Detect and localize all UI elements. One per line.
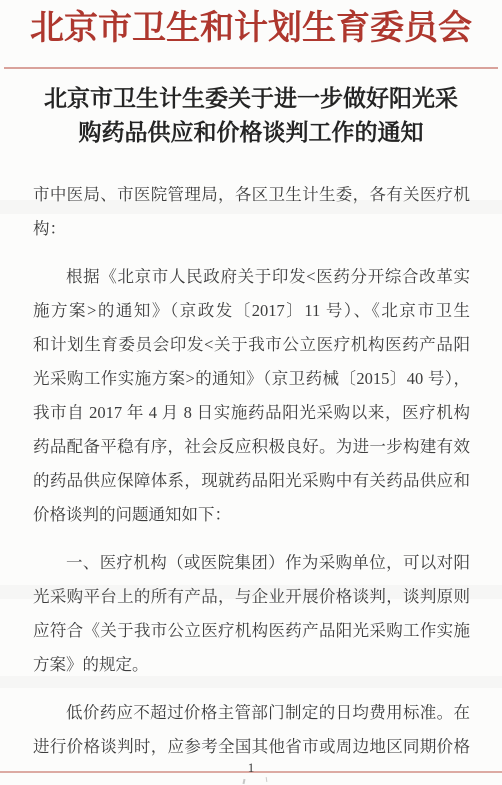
issuing-authority-name: 北京市卫生和计划生育委员会 (0, 2, 502, 56)
document-title-line-2: 购药品供应和价格谈判工作的通知 (0, 116, 502, 150)
scan-speck (243, 779, 246, 784)
body-text-line: 市中医局、市医院管理局，各区卫生计生委，各有关医疗机 (33, 178, 470, 212)
scan-speck (266, 777, 268, 782)
body-text-line: 我市自 2017 年 4 月 8 日实施药品阳光采购以来，医疗机构 (33, 396, 470, 430)
body-text-line: 施方案>的通知》（京政发〔2017〕11 号）、《北京市卫生 (33, 294, 470, 328)
paragraph: 市中医局、市医院管理局，各区卫生计生委，各有关医疗机构： (33, 178, 470, 246)
body-text-line: 光采购平台上的所有产品，与企业开展价格谈判，谈判原则 (33, 580, 470, 614)
body-text-line: 和计划生育委员会印发<关于我市公立医疗机构医药产品阳 (33, 328, 470, 362)
paragraph: 一、医疗机构（或医院集团）作为采购单位，可以对阳光采购平台上的所有产品，与企业开… (33, 546, 470, 682)
paragraph: 根据《北京市人民政府关于印发<医药分开综合改革实施方案>的通知》（京政发〔201… (33, 260, 470, 532)
body-text-line: 药品配备平稳有序，社会反应积极良好。为进一步构建有效 (33, 430, 470, 464)
body-text-line: 一、医疗机构（或医院集团）作为采购单位，可以对阳 (33, 546, 470, 580)
body-text-line: 应符合《关于我市公立医疗机构医药产品阳光采购工作实施 (33, 614, 470, 648)
body-text-line: 构： (33, 212, 470, 246)
document-page: 北京市卫生和计划生育委员会 北京市卫生计生委关于进一步做好阳光采 购药品供应和价… (0, 0, 502, 785)
paragraph: 低价药应不超过价格主管部门制定的日均费用标准。在进行价格谈判时，应参考全国其他省… (33, 696, 470, 764)
document-title: 北京市卫生计生委关于进一步做好阳光采 购药品供应和价格谈判工作的通知 (0, 82, 502, 150)
header-red-rule (4, 67, 498, 69)
page-number: 1 (0, 759, 502, 777)
document-body: 市中医局、市医院管理局，各区卫生计生委，各有关医疗机构：根据《北京市人民政府关于… (33, 178, 470, 764)
body-text-line: 方案》的规定。 (33, 648, 470, 682)
document-title-line-1: 北京市卫生计生委关于进一步做好阳光采 (0, 82, 502, 116)
body-text-line: 光采购工作实施方案>的通知》（京卫药械〔2015〕40 号）， (33, 362, 470, 396)
body-text-line: 低价药应不超过价格主管部门制定的日均费用标准。在 (33, 696, 470, 730)
body-text-line: 根据《北京市人民政府关于印发<医药分开综合改革实 (33, 260, 470, 294)
body-text-line: 的药品供应保障体系，现就药品阳光采购中有关药品供应和 (33, 464, 470, 498)
body-text-line: 价格谈判的问题通知如下： (33, 498, 470, 532)
